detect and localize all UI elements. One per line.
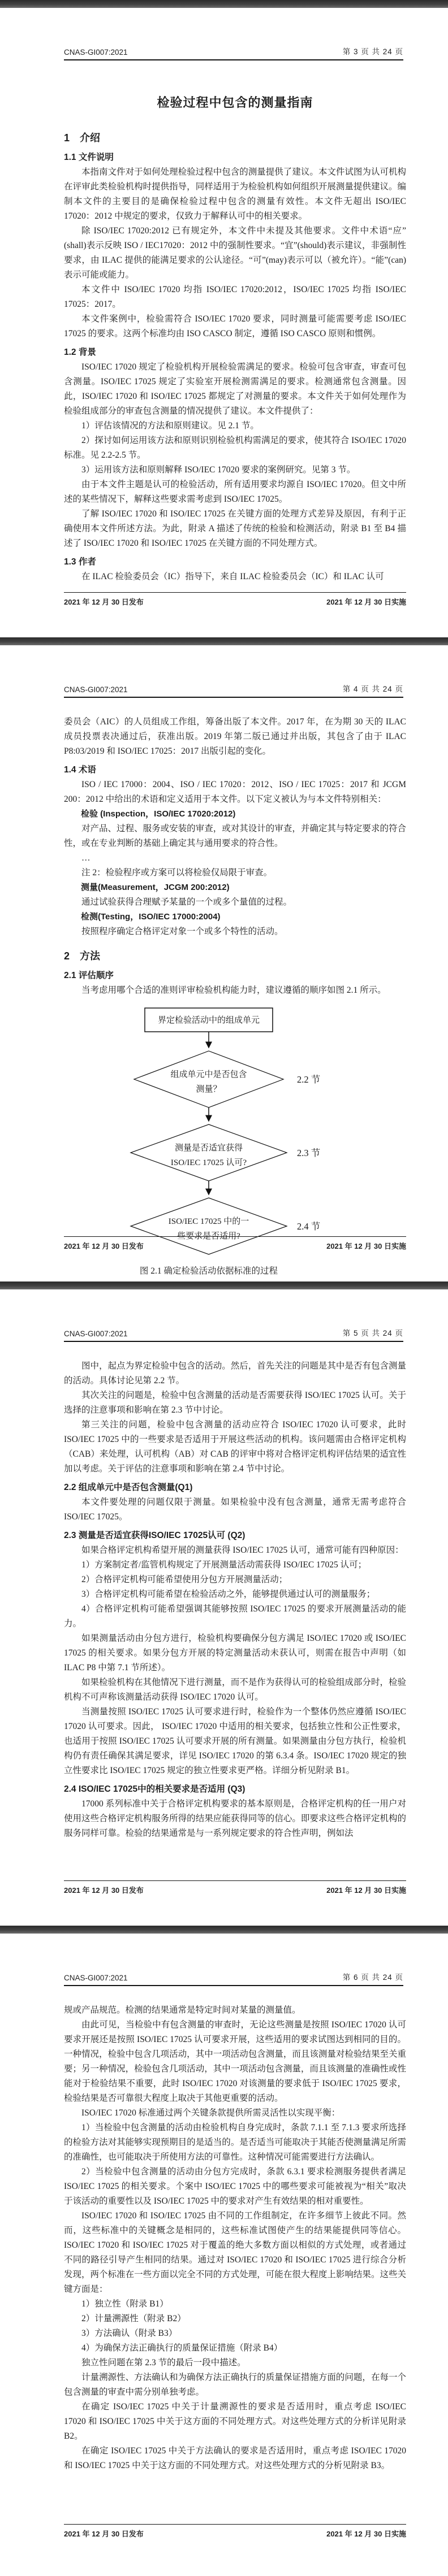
- page-content: 委员会（AIC）的人员组成工作组，筹备出版了本文件。2017 年，在为期 30 …: [64, 715, 406, 1276]
- list-item: 2）计量溯源性（附录 B2）: [64, 2312, 406, 2326]
- list-item: 1）评估该情况的方法和原则建议。见 2.1 节。: [64, 419, 406, 433]
- list-item: 3）运用该方法和原则解释 ISO/IEC 17020 要求的案例研究。见第 3 …: [64, 463, 406, 477]
- heading-2-method: 2 方法: [64, 948, 406, 963]
- body-paragraph: 在 ILAC 检验委员会（IC）指导下，来自 ILAC 检验委员会（IC）和 I…: [64, 570, 406, 584]
- doc-code: CNAS-GI007:2021: [64, 1330, 128, 1338]
- body-paragraph: 其次关注的问题是，检验中包含测量的活动是否需要获得 ISO/IEC 17025 …: [64, 1388, 406, 1418]
- body-paragraph: 当考虑用哪个合适的准则评审检验机构能力时，建议遵循的顺序如图 2.1 所示。: [64, 983, 406, 998]
- body-paragraph: 本文件中 ISO/IEC 17020 均指 ISO/IEC 17020:2012…: [64, 283, 406, 312]
- footer-implement-date: 2021 年 12 月 30 日实施: [326, 1240, 406, 1251]
- footer-implement-date: 2021 年 12 月 30 日实施: [326, 1884, 406, 1895]
- heading-1-2: 1.2 背景: [64, 345, 406, 358]
- body-paragraph: 17000 系列标准中关于合格评定机构要求的基本原则是，合格评定机构的任一用户对…: [64, 1797, 406, 1841]
- body-paragraph: 委员会（AIC）的人员组成工作组，筹备出版了本文件。2017 年，在为期 30 …: [64, 715, 406, 759]
- figure-caption: 图 2.1 确定检验活动依据标准的过程: [64, 1264, 354, 1276]
- heading-2-4: 2.4 ISO/IEC 17025中的相关要求是否适用 (Q3): [64, 1782, 406, 1795]
- body-paragraph: ISO/IEC 17020 和 ISO/IEC 17025 由不同的工作组制定，…: [64, 2209, 406, 2297]
- body-paragraph: ISO/IEC 17020 规定了检验机构开展检验需满足的要求。检验可包含审查，…: [64, 360, 406, 419]
- flowchart-q1-line1: 组成单元中是否包含: [170, 1070, 247, 1079]
- footer-issue-date: 2021 年 12 月 30 日发布: [64, 596, 144, 607]
- body-paragraph: 按照程序确定合格评定对象一个或多个特性的活动。: [64, 924, 406, 939]
- page-content: 检验过程中包含的测量指南 1 介绍 1.1 文件说明 本指南文件对于如何处理检验…: [64, 93, 406, 584]
- body-paragraph: 通过试验获得合理赋予某量的一个或多个量值的过程。: [64, 895, 406, 910]
- heading-1-4: 1.4 术语: [64, 763, 406, 775]
- body-paragraph: 独立性问题在第 2.3 节的最后一段中描述。: [64, 2356, 406, 2370]
- page-header: CNAS-GI007:2021 第 3 页 共 24 页: [64, 45, 403, 60]
- body-paragraph: 对产品、过程、服务或安装的审查，或对其设计的审查，并确定其与特定要求的符合性，或…: [64, 822, 406, 851]
- footer-issue-date: 2021 年 12 月 30 日发布: [64, 1240, 144, 1251]
- body-paragraph: 除 ISO/IEC 17020:2012 已有规定外，本文件中未提及其他要求。文…: [64, 224, 406, 283]
- flowchart-decision-q2: [131, 1124, 287, 1181]
- body-paragraph: ISO / IEC 17000：2004、ISO / IEC 17020：201…: [64, 777, 406, 807]
- flowchart-q1-section-label: 2.2 节: [297, 1074, 320, 1085]
- list-item: 4）合格评定机构可能希望强调其能够按照 ISO/IEC 17025 的要求开展测…: [64, 1602, 406, 1631]
- footer-issue-date: 2021 年 12 月 30 日发布: [64, 2528, 144, 2539]
- page-header: CNAS-GI007:2021 第 5 页 共 24 页: [64, 1327, 403, 1342]
- footer-issue-date: 2021 年 12 月 30 日发布: [64, 1884, 144, 1895]
- page-footer: 2021 年 12 月 30 日发布 2021 年 12 月 30 日实施: [64, 1880, 406, 1895]
- body-paragraph: 本指南文件对于如何处理检验过程中包含的测量提供了建议。本文件试图为认可机构在评审…: [64, 165, 406, 224]
- body-paragraph: 如果检验机构在其他情况下进行测量，而不是作为获得认可的检验组成部分时，检验机构不…: [64, 1675, 406, 1705]
- flowchart-q3-section-label: 2.4 节: [297, 1221, 320, 1232]
- body-paragraph: ISO/IEC 17020 标准通过两个关键条款提供所需灵活性以实现平衡：: [64, 2106, 406, 2121]
- document-page-5: CNAS-GI007:2021 第 5 页 共 24 页 图中，起点为界定检验中…: [0, 1289, 448, 1926]
- body-paragraph: 由此可见，当检验中有包含测量的审查时，无论这些测量是按照 ISO/IEC 170…: [64, 2018, 406, 2106]
- term-measurement: 测量(Measurement，JCGM 200:2012): [64, 880, 406, 895]
- heading-2-1: 2.1 评估顺序: [64, 968, 406, 981]
- document-page-4: CNAS-GI007:2021 第 4 页 共 24 页 委员会（AIC）的人员…: [0, 645, 448, 1282]
- document-page-6: CNAS-GI007:2021 第 6 页 共 24 页 规或产品规范。检测的结…: [0, 1934, 448, 2576]
- body-paragraph: 如果测量活动由分包方进行，检验机构要确保分包方满足 ISO/IEC 17020 …: [64, 1631, 406, 1675]
- heading-2-2: 2.2 组成单元中是否包含测量(Q1): [64, 1480, 406, 1493]
- list-item: 2）合格评定机构可能希望使用分包方开展测量活动；: [64, 1572, 406, 1587]
- heading-1-introduction: 1 介绍: [64, 130, 406, 145]
- body-paragraph: 第三关注的问题，检验中包含测量的活动应符合 ISO/IEC 17020 认可要求…: [64, 1418, 406, 1476]
- flowchart-canvas: 界定检验活动中的组成单元 组成单元中是否包含 测量？ 2.2 节 测量是否适宜获…: [64, 1007, 403, 1257]
- list-item: 1）当检验中包含测量的活动由检验机构自身完成时，条款 7.1.1 至 7.1.3…: [64, 2121, 406, 2165]
- page-footer: 2021 年 12 月 30 日发布 2021 年 12 月 30 日实施: [64, 592, 406, 607]
- page-content: 图中，起点为界定检验中包含的活动。然后，首先关注的问题是其中是否有包含测量的活动…: [64, 1359, 406, 1841]
- doc-code: CNAS-GI007:2021: [64, 48, 128, 57]
- footer-implement-date: 2021 年 12 月 30 日实施: [326, 2528, 406, 2539]
- flowchart-q2-line2: ISO/IEC 17025 认可?: [171, 1158, 247, 1167]
- page-header: CNAS-GI007:2021 第 4 页 共 24 页: [64, 683, 403, 698]
- body-paragraph: 由于本文件主题是认可的检验活动，所有适用要求均源自 ISO/IEC 17020。…: [64, 477, 406, 507]
- flowchart-q2-section-label: 2.3 节: [297, 1148, 320, 1158]
- body-paragraph: 本文件案例中，检验需符合 ISO/IEC 17020 要求，同时测量可能需要考虑…: [64, 312, 406, 341]
- flowchart-q2-line1: 测量是否适宜获得: [175, 1143, 243, 1153]
- body-paragraph: 本文件要处理的问题仅限于测量。如果检验中没有包含测量，通常无需考虑符合 ISO/…: [64, 1495, 406, 1524]
- body-paragraph: 规或产品规范。检测的结果通常是特定时间对某量的测量值。: [64, 2003, 406, 2018]
- page-separator-bar: [0, 1282, 448, 1289]
- body-paragraph: 了解 ISO/IEC 17020 和 ISO/IEC 17025 在关键方面的处…: [64, 507, 406, 551]
- flowchart-start-label: 界定检验活动中的组成单元: [158, 1015, 260, 1025]
- doc-code: CNAS-GI007:2021: [64, 685, 128, 694]
- body-paragraph: 在确定 ISO/IEC 17025 中关于方法确认的要求是否适用时，重点考虑 I…: [64, 2444, 406, 2473]
- flowchart-q3-line1: ISO/IEC 17025 中的一: [169, 1217, 249, 1226]
- page-content: 规或产品规范。检测的结果通常是特定时间对某量的测量值。 由此可见，当检验中有包含…: [64, 2003, 406, 2473]
- doc-code: CNAS-GI007:2021: [64, 1974, 128, 1982]
- heading-2-3: 2.3 测量是否适宜获得ISO/IEC 17025认可 (Q2): [64, 1528, 406, 1541]
- ellipsis-line: …: [64, 851, 406, 866]
- document-title: 检验过程中包含的测量指南: [64, 93, 406, 111]
- list-item: 3）合格评定机构可能希望在检验活动之外，能够提供通过认可的测量服务；: [64, 1587, 406, 1602]
- body-paragraph: 计量溯源性、方法确认和为确保方法正确执行的质量保证措施方面的问题，在每一个包含测…: [64, 2370, 406, 2400]
- document-page-3: CNAS-GI007:2021 第 3 页 共 24 页 检验过程中包含的测量指…: [0, 8, 448, 637]
- page-separator-bar: [0, 0, 448, 8]
- page-header: CNAS-GI007:2021 第 6 页 共 24 页: [64, 1971, 403, 1986]
- list-item: 4）为确保方法正确执行的质量保证措施（附录 B4）: [64, 2341, 406, 2356]
- body-paragraph: 当测量按照 ISO/IEC 17025 认可要求进行时，检验作为一个整体仍然应遵…: [64, 1705, 406, 1778]
- list-item: 1）独立性（附录 B1）: [64, 2297, 406, 2312]
- flowchart-q1-line2: 测量？: [196, 1084, 221, 1094]
- term-testing: 检测(Testing，ISO/IEC 17000:2004): [64, 910, 406, 924]
- list-item: 1）方案制定者/监管机构规定了开展测量活动需获得 ISO/IEC 17025 认…: [64, 1558, 406, 1572]
- document-stack: CNAS-GI007:2021 第 3 页 共 24 页 检验过程中包含的测量指…: [0, 0, 448, 2576]
- page-number: 第 3 页 共 24 页: [343, 45, 403, 57]
- body-paragraph: 如果合格评定机构希望开展的测量获得 ISO/IEC 17025 认可，通常可能有…: [64, 1543, 406, 1558]
- page-number: 第 4 页 共 24 页: [343, 683, 403, 694]
- footer-implement-date: 2021 年 12 月 30 日实施: [326, 596, 406, 607]
- heading-1-1: 1.1 文件说明: [64, 150, 406, 163]
- flowchart-decision-q1: [134, 1051, 283, 1107]
- list-item: 2）探讨如何运用该方法和原则识别检验机构需满足的要求，使其符合 ISO/IEC …: [64, 433, 406, 463]
- heading-1-3: 1.3 作者: [64, 555, 406, 567]
- page-number: 第 6 页 共 24 页: [343, 1971, 403, 1982]
- list-item: 3）方法确认（附录 B3）: [64, 2326, 406, 2341]
- page-separator-bar: [0, 637, 448, 645]
- body-paragraph: 在确定 ISO/IEC 17025 中关于计量溯源性的要求是否适用时，重点考虑 …: [64, 2400, 406, 2444]
- page-footer: 2021 年 12 月 30 日发布 2021 年 12 月 30 日实施: [64, 2524, 406, 2539]
- page-separator-bar: [0, 1926, 448, 1934]
- page-number: 第 5 页 共 24 页: [343, 1327, 403, 1338]
- list-item: 2）当检验中包含测量的活动由分包方完成时，条款 6.3.1 要求检测服务提供者满…: [64, 2165, 406, 2209]
- note-paragraph: 注 2：检验程序或方案可以将检验仅局限于审查。: [64, 866, 406, 880]
- body-paragraph: 图中，起点为界定检验中包含的活动。然后，首先关注的问题是其中是否有包含测量的活动…: [64, 1359, 406, 1388]
- term-inspection: 检验 (Inspection，ISO/IEC 17020:2012): [64, 807, 406, 822]
- page-footer: 2021 年 12 月 30 日发布 2021 年 12 月 30 日实施: [64, 1236, 406, 1251]
